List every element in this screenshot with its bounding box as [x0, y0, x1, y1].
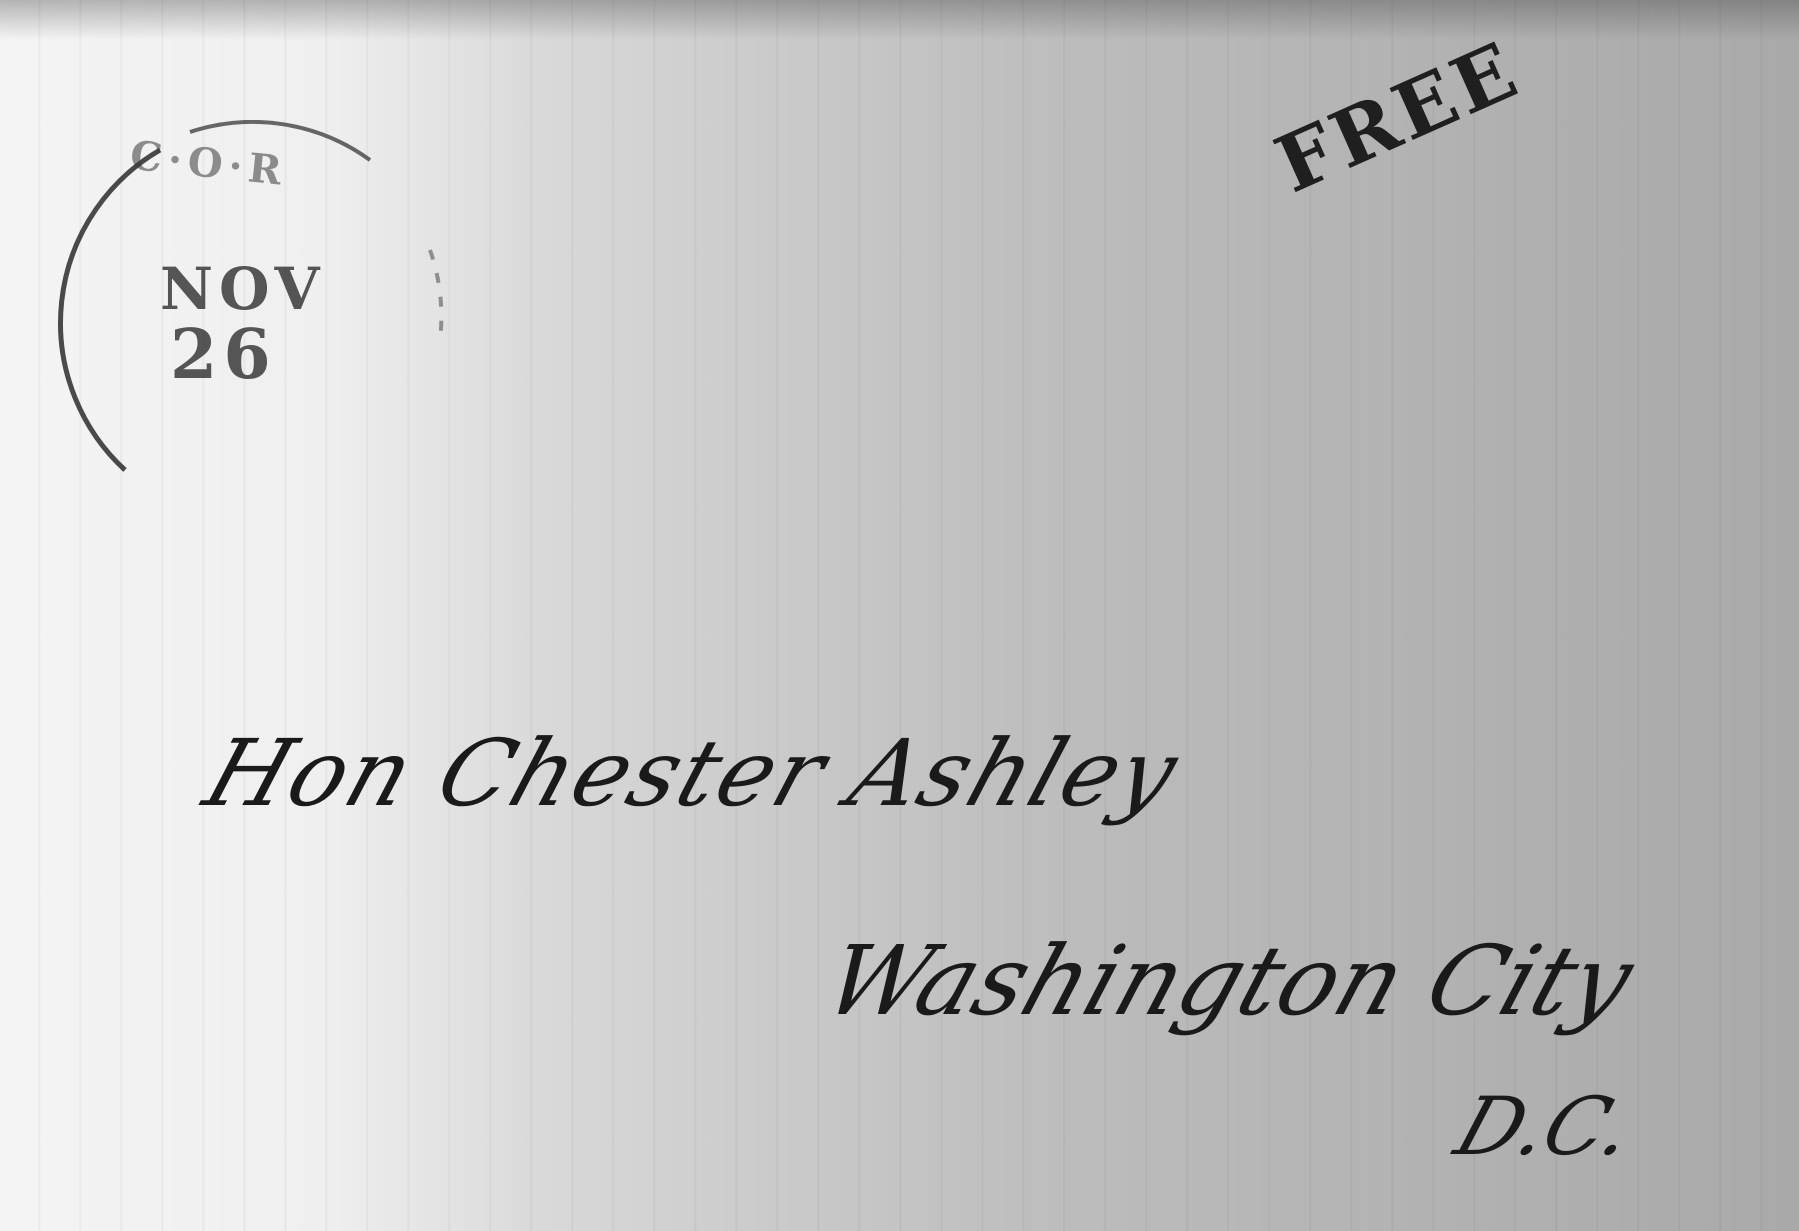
addressee-name: Hon Chester Ashley	[193, 720, 1193, 827]
address-block: Hon Chester Ashley Washington City D.C.	[0, 0, 1799, 1231]
address-district: D.C.	[1445, 1080, 1646, 1173]
address-city: Washington City	[812, 925, 1647, 1037]
